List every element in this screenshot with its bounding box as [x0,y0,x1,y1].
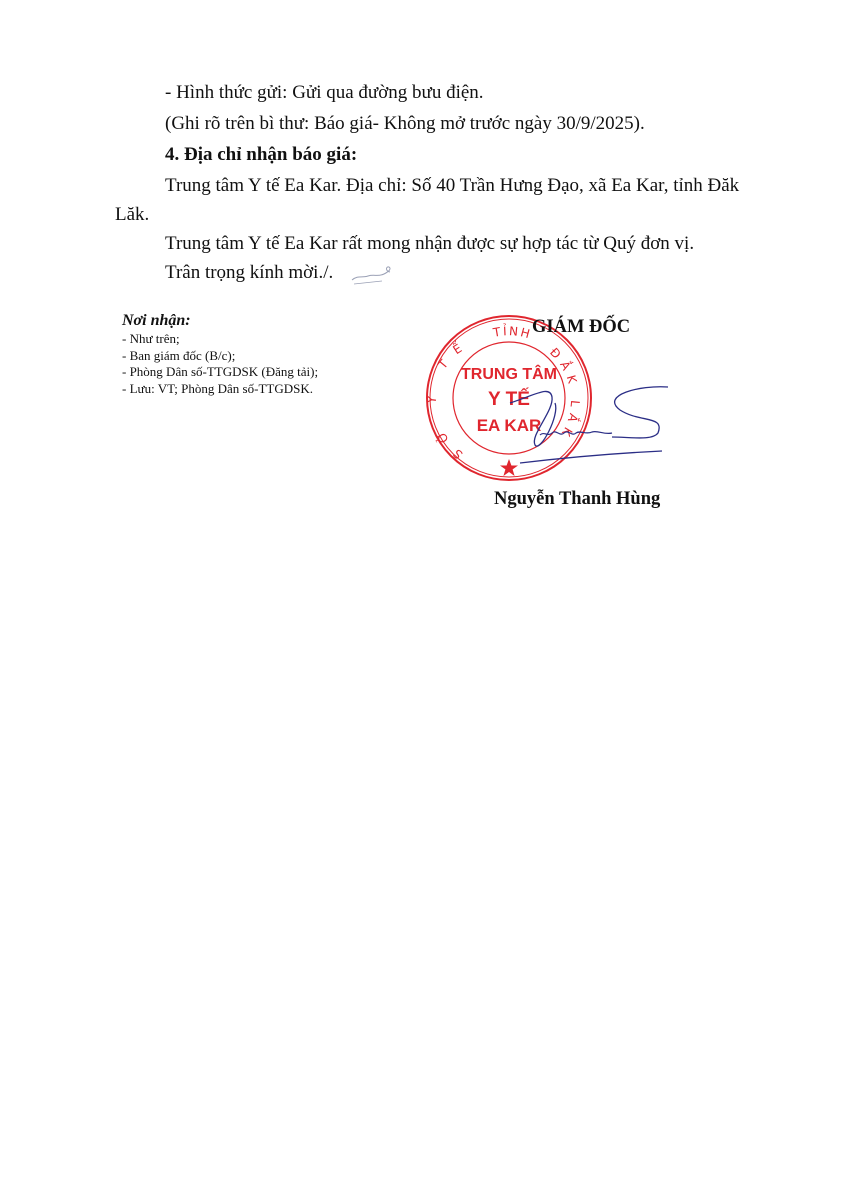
delivery-method-line: - Hình thức gửi: Gửi qua đường bưu điện. [165,82,484,104]
envelope-note-line: (Ghi rõ trên bì thư: Báo giá- Không mở t… [165,113,645,135]
closing-line: Trân trọng kính mời./. [165,262,333,284]
svg-text:TỈNH: TỈNH [491,322,533,342]
cooperation-line: Trung tâm Y tế Ea Kar rất mong nhận được… [165,233,694,255]
seal-ring-text-top: TỈNH [491,322,533,342]
recipient-item: - Phòng Dân số-TTGDSK (Đăng tải); [122,364,318,381]
recipient-item: - Như trên; [122,331,318,348]
initials-mark [348,263,396,287]
signature-title: GIÁM ĐỐC [532,317,630,338]
seal-ring-text-left: SỞ Y TẾ [425,333,475,462]
recipient-item: - Ban giám đốc (B/c); [122,348,318,365]
recipients-block: Nơi nhận: - Như trên; - Ban giám đốc (B/… [122,312,318,397]
recipient-item: - Lưu: VT; Phòng Dân số-TTGDSK. [122,381,318,398]
recipients-title: Nơi nhận: [122,312,318,330]
section-heading-address: 4. Địa chỉ nhận báo giá: [165,144,357,166]
address-line-continued: Lăk. [115,204,149,226]
svg-text:SỞ Y TẾ: SỞ Y TẾ [425,333,475,462]
address-line: Trung tâm Y tế Ea Kar. Địa chỉ: Số 40 Tr… [165,175,739,197]
handwritten-signature [480,375,680,470]
signer-name: Nguyễn Thanh Hùng [494,489,660,510]
